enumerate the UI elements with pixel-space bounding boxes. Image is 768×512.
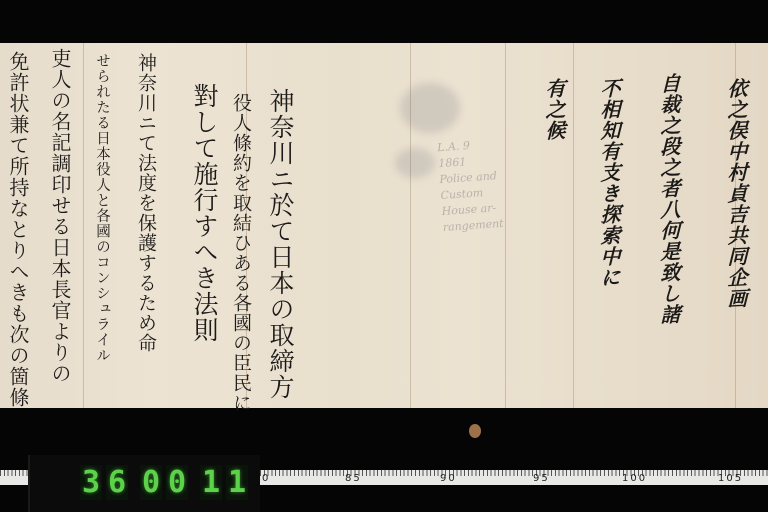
counter-digit: 3 <box>80 465 102 500</box>
ruler-label: 90 <box>440 473 457 484</box>
ruler-ticks <box>260 470 768 476</box>
counter-digit: 6 <box>106 465 128 500</box>
counter-digit: 1 <box>226 465 248 500</box>
manuscript-column: 吏人の名記調印せる日本長官よりの <box>46 48 75 388</box>
ruler-label: 105 <box>718 473 743 484</box>
stain-spot <box>469 424 481 438</box>
ruler-label: 85 <box>345 473 362 484</box>
manuscript-column: 依之俣中村貞吉共同企画 <box>722 77 751 409</box>
manuscript-column: 免許状兼て所持なとりへきも次の箇條 <box>4 51 33 391</box>
ruler-label: 100 <box>622 473 647 484</box>
manuscript-column: 不相知有支き探索中に <box>595 77 624 379</box>
manuscript-column: 役人條約を取結ひある各國の臣民に <box>228 93 255 393</box>
pencil-line: rangement <box>442 216 504 236</box>
manuscript-column: 自裁之段之者八何是致し諸 <box>655 72 684 404</box>
frame-counter-display: 3 6 0 0 1 1 <box>28 455 260 512</box>
manuscript-column: 神奈川ニて法度を保護するため命 <box>133 53 160 393</box>
ruler-ticks <box>0 470 28 476</box>
ruler-label: 95 <box>533 473 550 484</box>
counter-digit: 1 <box>200 465 222 500</box>
counter-digits: 3 6 0 0 1 1 <box>80 465 248 500</box>
measurement-ruler-left <box>0 470 28 485</box>
ink-smudge <box>400 83 460 133</box>
measurement-ruler: 0 85 90 95 100 105 <box>260 470 768 485</box>
manuscript-column: せられたる日本役人と各國のコンシュライル <box>92 53 113 398</box>
manuscript-column: 對して施行すへき法則 <box>186 83 222 313</box>
manuscript-column: 有之候 <box>540 77 569 179</box>
ink-smudge <box>395 148 435 178</box>
counter-digit: 0 <box>140 465 162 500</box>
paper-fold-line <box>83 43 84 408</box>
counter-digit: 0 <box>166 465 188 500</box>
ruler-label: 0 <box>262 473 270 484</box>
pencil-annotation: L.A. 9 1861 Police and Custom House ar- … <box>437 136 504 236</box>
manuscript-paper: 依之俣中村貞吉共同企画 自裁之段之者八何是致し諸 不相知有支き探索中に 有之候 … <box>0 43 768 408</box>
paper-fold-line <box>573 43 574 408</box>
paper-fold-line <box>505 43 506 408</box>
manuscript-column: 神奈川ニ於て日本の取締方 <box>262 88 298 388</box>
